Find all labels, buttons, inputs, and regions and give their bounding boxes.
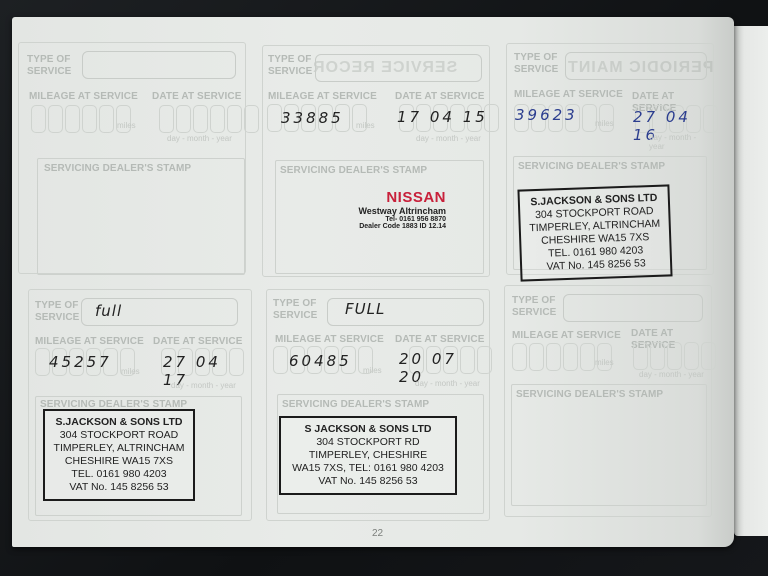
mileage-field[interactable]	[31, 105, 131, 133]
mileage-value: 39623	[515, 106, 578, 124]
stamp-line: VAT No. 145 8256 53	[49, 481, 189, 494]
miles-unit: miles	[121, 367, 140, 376]
dealer-stamp-area: SERVICING DEALER'S STAMP NISSAN Westway …	[275, 160, 484, 274]
jackson-dealer-stamp: S.JACKSON & SONS LTD 304 STOCKPORT ROAD …	[43, 409, 195, 501]
stamp-line: VAT No. 145 8256 53	[285, 475, 451, 488]
date-format-hint: day - month - year	[416, 134, 481, 143]
dealer-phone: Tel- 0161 956 8870	[314, 216, 446, 223]
jackson-dealer-stamp: S JACKSON & SONS LTD 304 STOCKPORT RD TI…	[279, 416, 457, 495]
miles-unit: miles	[117, 121, 136, 130]
date-label: DATE AT SERVICE	[395, 334, 484, 346]
date-label: DATE AT SERVICE	[152, 91, 241, 103]
date-label: DATE AT SERVICE	[395, 91, 484, 103]
dealer-code: Dealer Code 1883 ID 12.14	[314, 223, 446, 230]
date-format-hint: day - month - year	[167, 134, 232, 143]
stamp-line: S.JACKSON & SONS LTD	[49, 416, 189, 429]
type-of-service-value: full	[95, 302, 122, 320]
date-format-hint: day - month - year	[649, 133, 713, 151]
stamp-line: S JACKSON & SONS LTD	[285, 423, 451, 436]
type-of-service-field[interactable]	[563, 294, 703, 322]
next-page-edge	[734, 26, 768, 536]
mileage-value: 33885	[281, 109, 344, 127]
page-number: 22	[372, 528, 383, 539]
stamp-line: TEL. 0161 980 4203	[49, 468, 189, 481]
type-of-service-label: TYPE OFSERVICE	[268, 54, 312, 78]
type-of-service-value: FULL	[345, 300, 385, 318]
stamp-label: SERVICING DEALER'S STAMP	[516, 389, 663, 401]
date-format-hint: day - month - year	[171, 381, 236, 390]
stamp-label: SERVICING DEALER'S STAMP	[44, 163, 191, 175]
mileage-label: MILEAGE AT SERVICE	[35, 336, 144, 348]
type-of-service-label: TYPE OFSERVICE	[512, 295, 556, 319]
miles-unit: miles	[595, 358, 614, 367]
mileage-value: 45257	[49, 353, 112, 371]
mileage-label: MILEAGE AT SERVICE	[512, 330, 621, 342]
stamp-line: WA15 7XS, TEL: 0161 980 4203	[285, 462, 451, 475]
date-field[interactable]	[159, 105, 259, 133]
type-of-service-field[interactable]	[82, 51, 236, 79]
miles-unit: miles	[595, 119, 614, 128]
service-entry-5: TYPE OFSERVICE FULL MILEAGE AT SERVICE D…	[266, 289, 490, 521]
type-of-service-label: TYPE OFSERVICE	[35, 300, 79, 324]
service-entry-4: TYPE OFSERVICE full MILEAGE AT SERVICE D…	[28, 289, 252, 521]
type-of-service-field[interactable]	[565, 52, 707, 80]
stamp-line: 304 STOCKPORT ROAD	[49, 429, 189, 442]
service-entry-1: TYPE OFSERVICE MILEAGE AT SERVICE DATE A…	[18, 42, 246, 274]
miles-unit: miles	[356, 121, 375, 130]
type-of-service-label: TYPE OFSERVICE	[27, 54, 71, 78]
date-value: 17 04 15	[397, 108, 488, 126]
stamp-label: SERVICING DEALER'S STAMP	[282, 399, 429, 411]
dealer-stamp-area: SERVICING DEALER'S STAMP	[511, 384, 707, 506]
date-format-hint: day - month - year	[639, 370, 704, 379]
stamp-label: SERVICING DEALER'S STAMP	[518, 161, 665, 173]
nissan-logo: NISSAN	[314, 189, 446, 206]
dealer-name: Westway Altrincham	[314, 206, 446, 216]
miles-unit: miles	[363, 366, 382, 375]
mileage-value: 60485	[289, 352, 352, 370]
stamp-line: TIMPERLEY, ALTRINCHAM	[49, 442, 189, 455]
type-of-service-label: TYPE OFSERVICE	[273, 298, 317, 322]
type-of-service-field[interactable]	[315, 54, 482, 82]
date-label: DATE AT SERVICE	[153, 336, 242, 348]
dealer-stamp-area: SERVICING DEALER'S STAMP	[37, 158, 245, 275]
type-of-service-label: TYPE OFSERVICE	[514, 52, 558, 76]
mileage-label: MILEAGE AT SERVICE	[275, 334, 384, 346]
service-entry-3: TYPE OFSERVICE MILEAGE AT SERVICE DATE A…	[506, 43, 714, 275]
stamp-line: 304 STOCKPORT RD	[285, 436, 451, 449]
service-entry-6: TYPE OFSERVICE MILEAGE AT SERVICE DATE A…	[504, 285, 712, 517]
stamp-label: SERVICING DEALER'S STAMP	[280, 165, 427, 177]
service-record-page: SERVICE RECOR PERIODIC MAINT TYPE OFSERV…	[12, 17, 734, 547]
mileage-label: MILEAGE AT SERVICE	[514, 89, 623, 101]
stamp-line: TIMPERLEY, CHESHIRE	[285, 449, 451, 462]
date-field[interactable]	[633, 342, 716, 370]
date-format-hint: day - month - year	[415, 379, 480, 388]
stamp-line: CHESHIRE WA15 7XS	[49, 455, 189, 468]
jackson-dealer-stamp: S.JACKSON & SONS LTD 304 STOCKPORT ROAD …	[517, 184, 672, 281]
mileage-label: MILEAGE AT SERVICE	[29, 91, 138, 103]
service-entry-2: TYPE OFSERVICE MILEAGE AT SERVICE DATE A…	[262, 45, 490, 277]
nissan-dealer-stamp: NISSAN Westway Altrincham Tel- 0161 956 …	[314, 189, 446, 230]
mileage-label: MILEAGE AT SERVICE	[268, 91, 377, 103]
